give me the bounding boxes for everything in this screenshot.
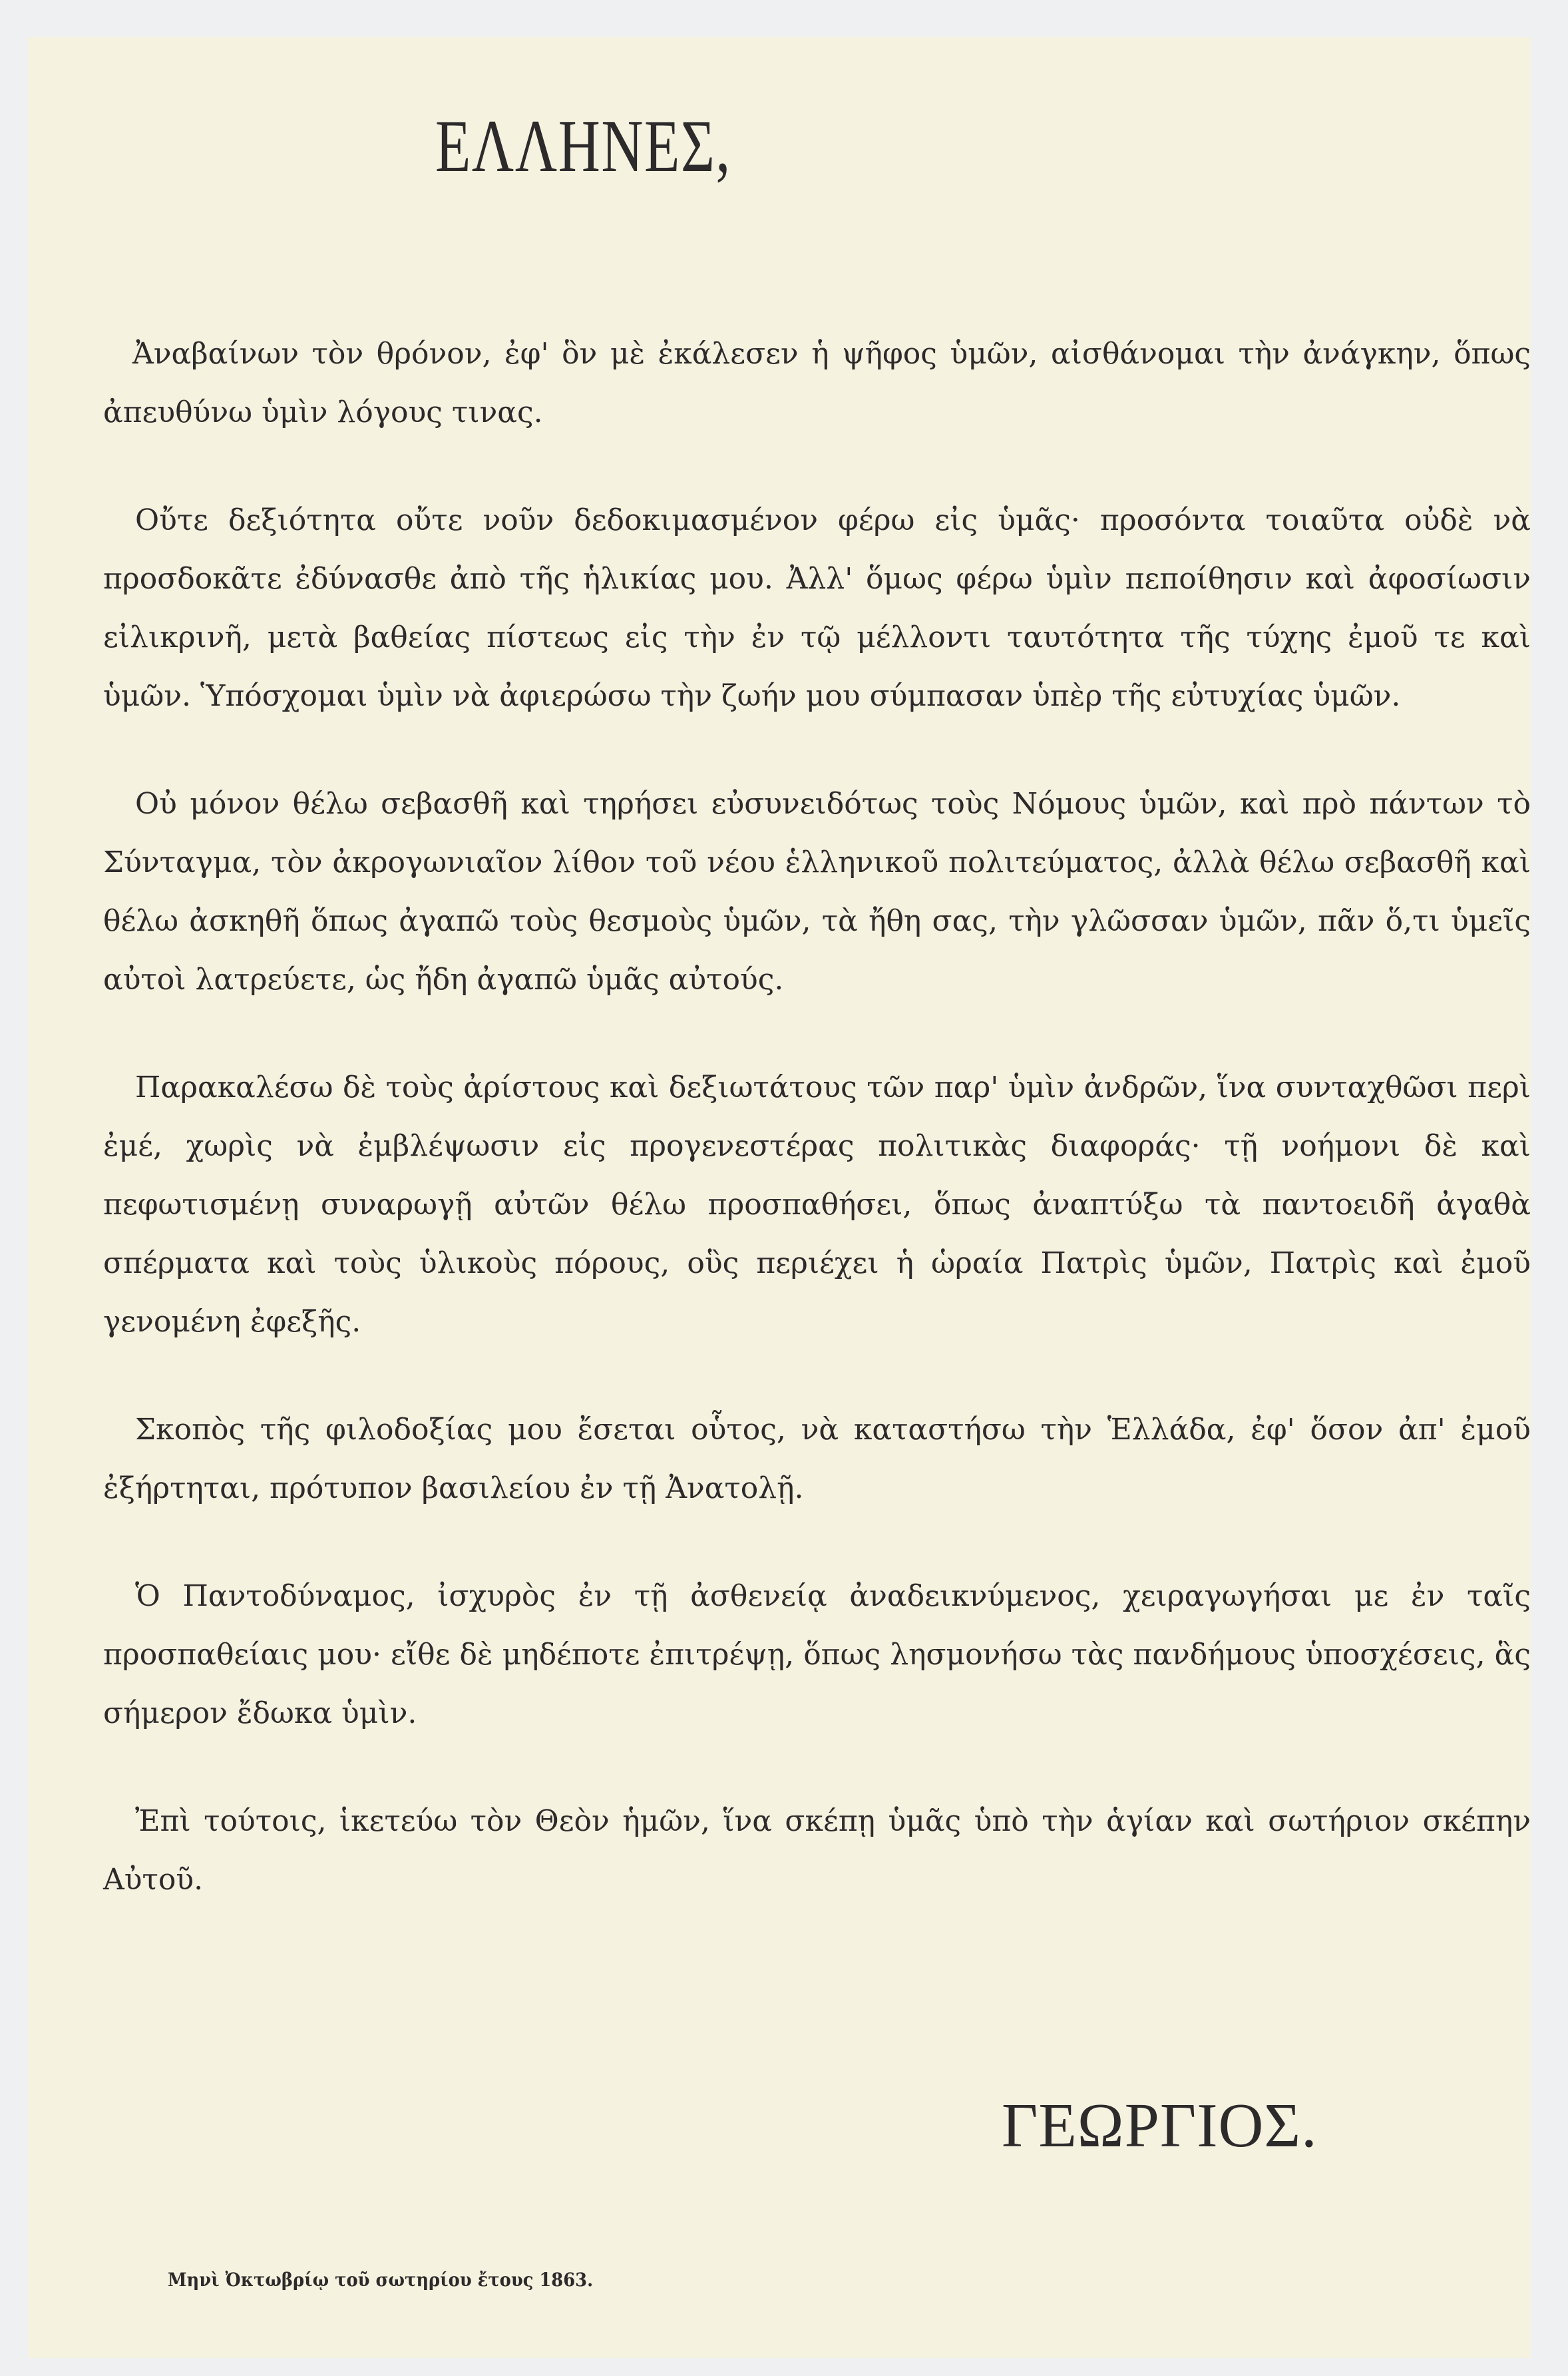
paragraph-call-best-men: Παρακαλέσω δὲ τοὺς ἀρίστους καὶ δεξιωτάτ…	[103, 1059, 1531, 1351]
paragraph-respect-laws: Οὐ μόνον θέλω σεβασθῆ καὶ τηρήσει εὐσυνε…	[103, 775, 1531, 1009]
paragraph-almighty-guidance: Ὁ Παντοδύναμος, ἰσχυρὸς ἐν τῇ ἀσθενείᾳ ἀ…	[103, 1567, 1531, 1743]
dateline: Μηνὶ Ὀκτωβρίῳ τοῦ σωτηρίου ἔτους 1863.	[168, 2269, 593, 2291]
paragraph-pledge-devotion: Οὔτε δεξιότητα οὔτε νοῦν δεδοκιμασμένον …	[103, 491, 1531, 726]
paragraph-prayer-protection: Ἐπὶ τούτοις, ἱκετεύω τὸν Θεὸν ἡμῶν, ἵνα …	[103, 1792, 1531, 1909]
paragraph-ascending-throne: Ἀναβαίνων τὸν θρόνον, ἐφ' ὃν μὲ ἐκάλεσεν…	[103, 325, 1531, 442]
proclamation-page: ΕΛΛΗΝΕΣ, Ἀναβαίνων τὸν θρόνον, ἐφ' ὃν μὲ…	[28, 37, 1531, 2358]
signature: ΓΕΩΡΓΙΟΣ.	[1002, 2094, 1318, 2157]
paragraph-model-kingdom: Σκοπὸς τῆς φιλοδοξίας μου ἔσεται οὗτος, …	[103, 1401, 1531, 1518]
document-title: ΕΛΛΗΝΕΣ,	[435, 109, 731, 184]
proclamation-body: Ἀναβαίνων τὸν θρόνον, ἐφ' ὃν μὲ ἐκάλεσεν…	[103, 325, 1531, 1959]
